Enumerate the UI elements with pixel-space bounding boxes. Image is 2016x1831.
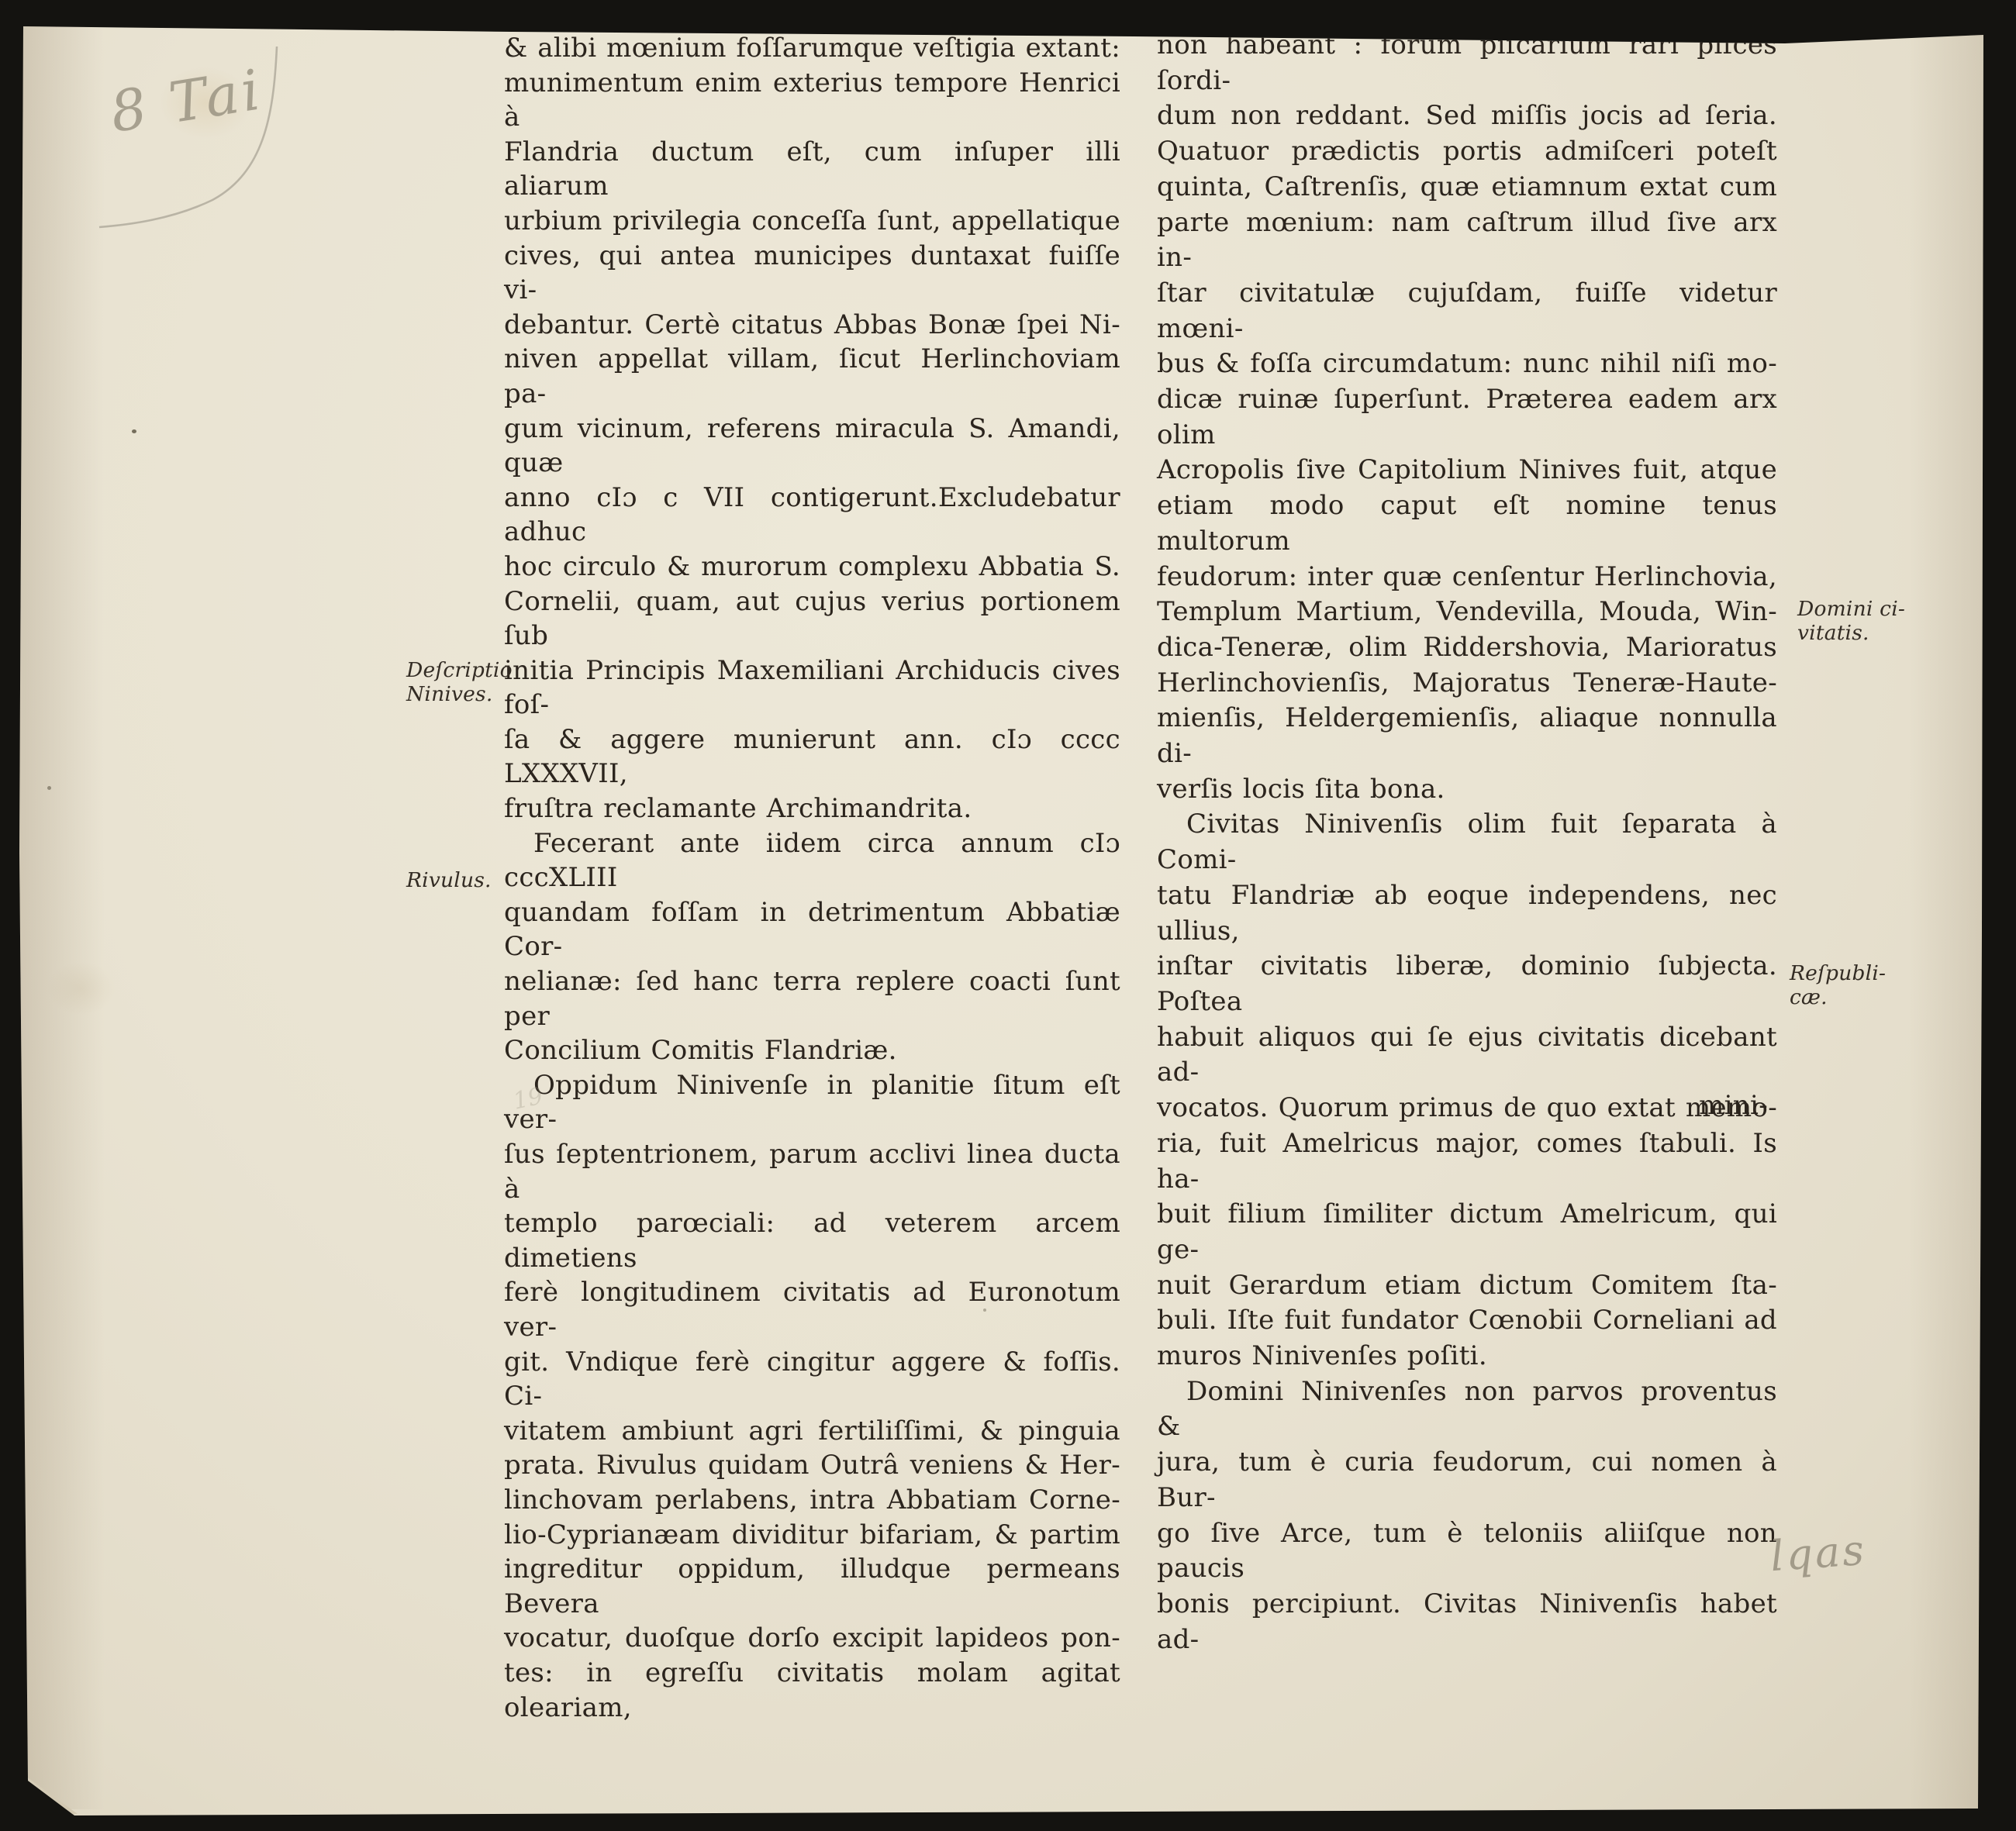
text-line: Quatuor prædictis portis admiſceri poteſ… xyxy=(1157,134,1777,170)
text-line: Flandria ductum eſt, cum inſuper illi al… xyxy=(504,135,1120,204)
text-line: ferè longitudinem civitatis ad Euronotum… xyxy=(504,1275,1120,1344)
page-right-edge-shadow xyxy=(1909,34,1983,1811)
text-column-left: & alibi mœnium foſſarumque veſtigia exta… xyxy=(504,31,1120,1725)
text-line: debantur. Certè citatus Abbas Bonæ ſpei … xyxy=(504,308,1120,343)
book-page: 8 Tai & alibi mœnium foſſarumque veſtigi… xyxy=(0,0,2016,1831)
text-line: dicæ ruinæ ſuperſunt. Præterea eadem arx… xyxy=(1157,382,1777,453)
text-line: tes: in egreſſu civitatis molam agitat o… xyxy=(504,1656,1120,1725)
text-line: dica-Teneræ, olim Riddershovia, Mariorat… xyxy=(1157,630,1777,666)
text-line: bus & foſſa circumdatum: nunc nihil niſi… xyxy=(1157,347,1777,382)
text-line: verſis locis ſita bona. xyxy=(1157,772,1777,808)
text-line: inſtar civitatis liberæ, dominio ſubject… xyxy=(1157,949,1777,1019)
text-line: niven appellat villam, ſicut Herlinchovi… xyxy=(504,342,1120,411)
text-line: Domini Ninivenſes non parvos proventus & xyxy=(1157,1374,1777,1445)
text-line: fruſtra reclamante Archimandrita. xyxy=(504,791,1120,826)
text-line: quandam foſſam in detrimentum Abbatiæ Co… xyxy=(504,895,1120,964)
text-line: tatu Flandriæ ab eoque independens, nec … xyxy=(1157,878,1777,949)
text-line: git. Vndique ferè cingitur aggere & foſſ… xyxy=(504,1345,1120,1414)
text-line: Oppidum Ninivenſe in planitie ſitum eſt … xyxy=(504,1068,1120,1137)
margin-note-respublicae: Reſpubli- cæ. xyxy=(1790,961,1921,1009)
text-line: munimentum enim exterius tempore Henrici… xyxy=(504,66,1120,135)
text-line: Cornelii, quam, aut cujus verius portion… xyxy=(504,584,1120,653)
margin-note-descriptio-ninives: Deſcriptio Ninives. xyxy=(406,658,515,706)
text-line: lio-Cyprianæam dividitur bifariam, & par… xyxy=(504,1518,1120,1553)
text-line: gum vicinum, referens miracula S. Amandi… xyxy=(504,412,1120,481)
text-line: nuit Gerardum etiam dictum Comitem ſta- xyxy=(1157,1268,1777,1304)
text-line: parte mœnium: nam caſtrum illud ſive arx… xyxy=(1157,205,1777,276)
text-line: vocatur, duoſque dorſo excipit lapideos … xyxy=(504,1621,1120,1656)
text-line: muros Ninivenſes poſiti. xyxy=(1157,1339,1777,1374)
margin-note-rivulus: Rivulus. xyxy=(406,868,515,892)
text-line: feudorum: inter quæ cenſentur Herlinchov… xyxy=(1157,560,1777,595)
text-line: ſtar civitatulæ cujuſdam, fuiſſe videtur… xyxy=(1157,276,1777,347)
text-line: Acropolis ſive Capitolium Ninives fuit, … xyxy=(1157,453,1777,488)
text-line: buit filium ſimiliter dictum Amelricum, … xyxy=(1157,1197,1777,1267)
text-line: urbium privilegia conceſſa ſunt, appella… xyxy=(504,204,1120,239)
text-line: etiam modo caput eſt nomine tenus multor… xyxy=(1157,488,1777,559)
text-line: buli. Iſte fuit fundator Cœnobii Corneli… xyxy=(1157,1303,1777,1339)
text-line: ria, fuit Amelricus major, comes ſtabuli… xyxy=(1157,1126,1777,1197)
text-line: Concilium Comitis Flandriæ. xyxy=(504,1033,1120,1068)
text-line: linchovam perlabens, intra Abbatiam Corn… xyxy=(504,1483,1120,1518)
text-line: mienſis, Heldergemienſis, aliaque nonnul… xyxy=(1157,701,1777,771)
text-line: prata. Rivulus quidam Outrâ veniens & He… xyxy=(504,1448,1120,1483)
text-line: jura, tum è curia feudorum, cui nomen à … xyxy=(1157,1445,1777,1515)
text-line: go ſive Arce, tum è teloniis aliiſque no… xyxy=(1157,1516,1777,1587)
text-line: initia Principis Maxemiliani Archiducis … xyxy=(504,653,1120,722)
folded-corner xyxy=(23,1770,78,1816)
text-line: vitatem ambiunt agri fertiliſſimi, & pin… xyxy=(504,1414,1120,1449)
text-line: ingreditur oppidum, illudque permeans Be… xyxy=(504,1552,1120,1621)
margin-note-domini-civitatis: Domini ci- vitatis. xyxy=(1797,597,1929,645)
text-line: dum non reddant. Sed miſſis jocis ad ſer… xyxy=(1157,98,1777,134)
text-line: Civitas Ninivenſis olim fuit ſeparata à … xyxy=(1157,807,1777,878)
text-line: non habeant : forum piſcarium rari piſce… xyxy=(1157,28,1777,98)
paper-stain xyxy=(47,961,116,1015)
text-line: & alibi mœnium foſſarumque veſtigia exta… xyxy=(504,31,1120,66)
ink-speck xyxy=(132,429,136,433)
text-line: hoc circulo & murorum complexu Abbatia S… xyxy=(504,550,1120,584)
text-line: quinta, Caſtrenſis, quæ etiamnum extat c… xyxy=(1157,170,1777,205)
text-line: templo parœciali: ad veterem arcem dimet… xyxy=(504,1206,1120,1275)
text-line: cives, qui antea municipes duntaxat fuiſ… xyxy=(504,239,1120,308)
text-line: habuit aliquos qui ſe ejus civitatis dic… xyxy=(1157,1020,1777,1091)
text-line: bonis percipiunt. Civitas Ninivenſis hab… xyxy=(1157,1587,1777,1657)
pencil-bracket-stroke xyxy=(0,0,403,326)
text-line: Templum Martium, Vendevilla, Mouda, Win- xyxy=(1157,595,1777,630)
text-line: anno cIɔ c VII contigerunt.Excludebatur … xyxy=(504,481,1120,550)
catchword: mini- xyxy=(1157,1090,1768,1121)
page-left-edge-shadow xyxy=(19,26,105,1809)
text-line: nelianæ: ſed hanc terra replere coacti ſ… xyxy=(504,964,1120,1033)
text-column-right: non habeant : forum piſcarium rari piſce… xyxy=(1157,28,1777,1657)
handwritten-note-bottom: lqas xyxy=(1769,1526,1868,1581)
text-line: Fecerant ante iidem circa annum cIɔ cccX… xyxy=(504,826,1120,895)
scan-background: { "handwriting": { "top_left": "8 Tai", … xyxy=(0,0,2016,1831)
text-line: Herlinchovienſis, Majoratus Teneræ-Haute… xyxy=(1157,666,1777,702)
text-line: ſus ſeptentrionem, parum acclivi linea d… xyxy=(504,1137,1120,1206)
text-line: ſa & aggere munierunt ann. cIɔ cccc LXXX… xyxy=(504,722,1120,791)
ink-speck xyxy=(47,786,51,790)
handwritten-shelfmark: 8 Tai xyxy=(106,57,268,145)
